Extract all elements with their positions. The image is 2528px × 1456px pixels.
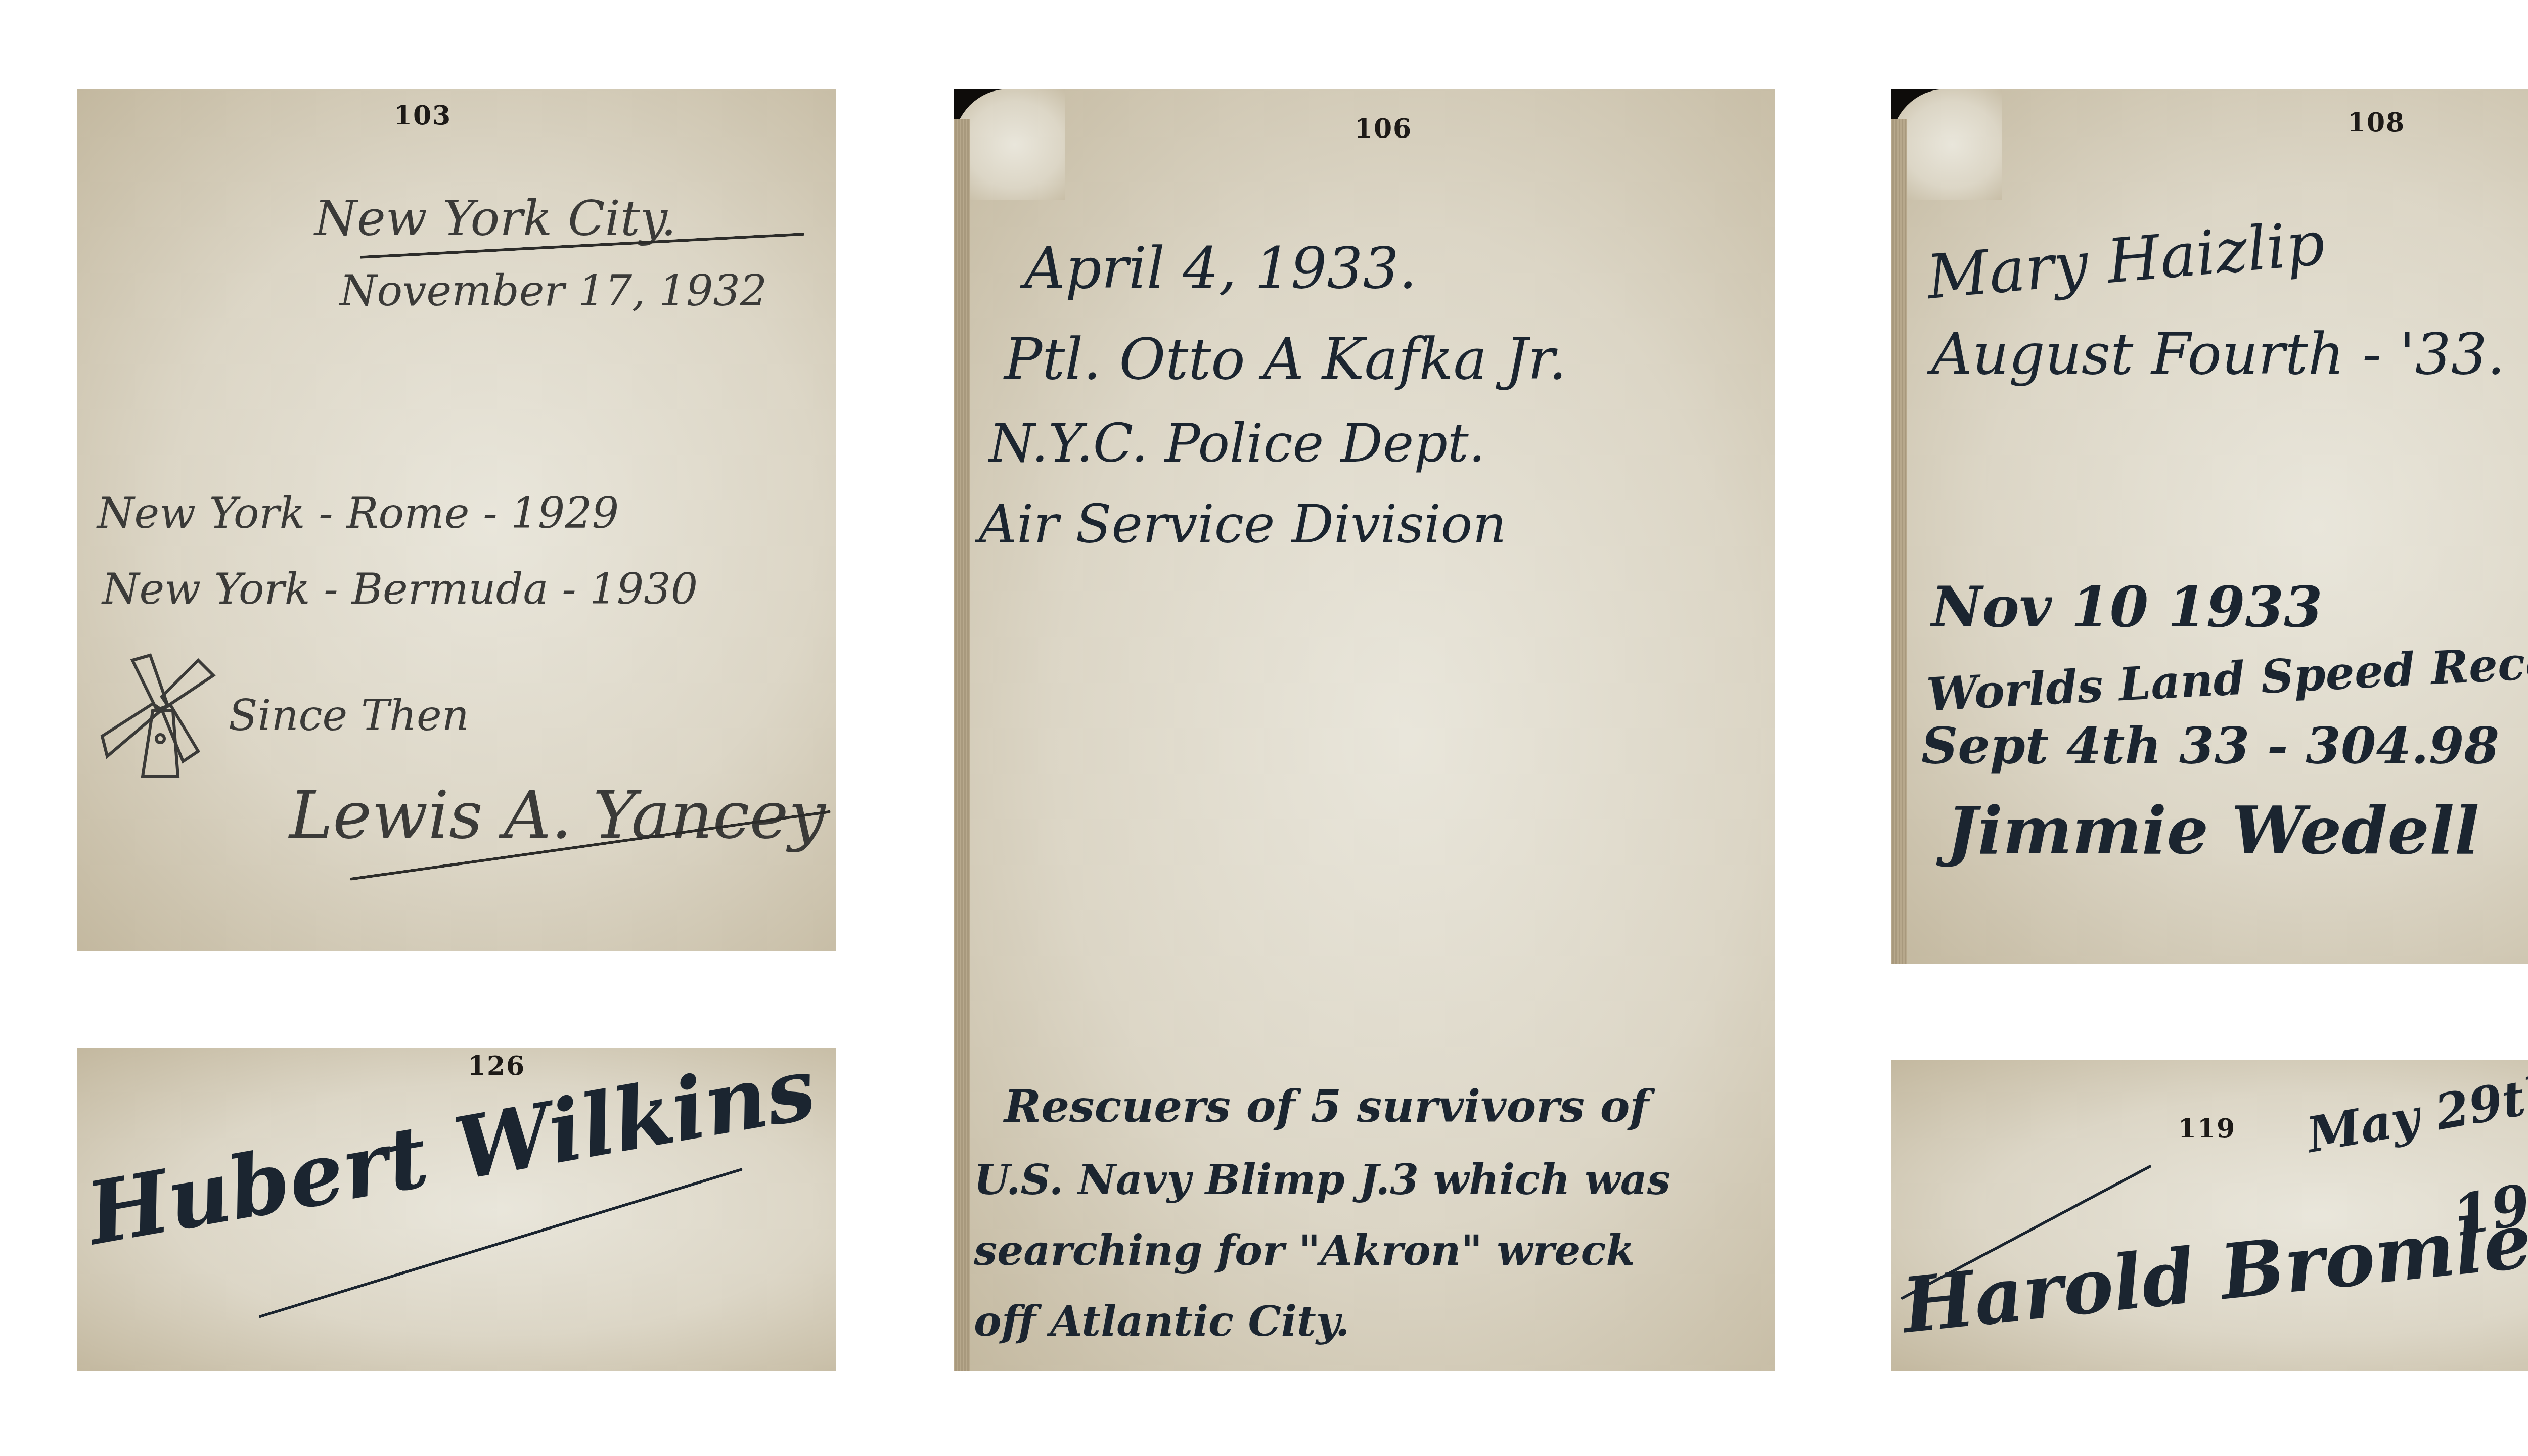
windmill-icon [97,650,229,782]
location-line: New York City. [314,190,676,247]
date-line-august: August Fourth - '33. [1931,322,2505,387]
page-number: 108 [2348,107,2406,138]
autograph-page-119: 119 May 29th 1932 Harold Bromley [1891,1060,2528,1371]
signature-haizlip: Mary Haizlip [1924,208,2327,313]
autograph-page-126: 126 Hubert Wilkins [77,1048,836,1371]
note-line-1: Rescuers of 5 survivors of [1004,1080,1649,1132]
page-number: 126 [468,1051,526,1081]
flight-line-rome: New York - Rome - 1929 [97,488,619,538]
autograph-page-106: 106 April 4, 1933. Ptl. Otto A Kafka Jr.… [954,89,1775,1371]
record-value-line: Sept 4th 33 - 304.98 [1921,716,2499,776]
note-line-3: searching for "Akron" wreck [974,1226,1635,1275]
date-line: April 4, 1933. [1024,236,1417,301]
page-edges [954,119,970,1371]
date-line-november: Nov 10 1933 [1931,574,2323,640]
record-title-line: Worlds Land Speed Record [1925,632,2528,722]
officer-name-line: Ptl. Otto A Kafka Jr. [1004,327,1567,392]
date-line: November 17, 1932 [340,266,767,315]
signature-wedell: Jimmie Wedell [1947,792,2479,869]
division-line: Air Service Division [979,493,1506,555]
signature-bromley: Harold Bromley [1898,1192,2528,1351]
page-number: 119 [2178,1113,2236,1144]
date-line-may: May 29th [2303,1063,2528,1164]
note-line-2: U.S. Navy Blimp J.3 which was [974,1156,1671,1204]
autograph-page-108: 108 Mary Haizlip August Fourth - '33. No… [1891,89,2528,964]
flight-line-bermuda: New York - Bermuda - 1930 [102,564,698,614]
page-number: 103 [394,100,452,131]
page-number: 106 [1355,113,1413,144]
signature-wilkins: Hubert Wilkins [79,1048,823,1265]
autograph-page-103: 103 New York City. November 17, 1932 New… [77,89,836,951]
signature-yancey: Lewis A. Yancey [289,777,826,853]
page-edges [1891,119,1907,964]
department-line: N.Y.C. Police Dept. [989,413,1485,474]
since-then-line: Since Then [229,691,469,740]
note-line-4: off Atlantic City. [974,1297,1350,1346]
